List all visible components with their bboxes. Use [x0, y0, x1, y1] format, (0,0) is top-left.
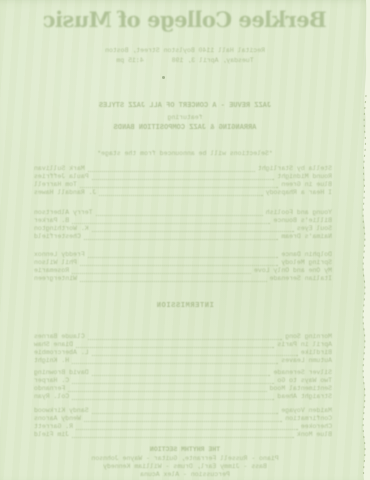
dotted-leader [84, 416, 282, 422]
dotted-leader [88, 166, 255, 172]
program-row: Two Ways to GoC. Harper [34, 377, 332, 385]
program-row: Italian SerenadeWintergreen [34, 275, 332, 283]
date-left: Tuesday, April 3, 198 [158, 56, 268, 66]
dotted-leader [72, 394, 274, 400]
footer-line: Bass - Jimmy Earl, Drums - William Kenne… [0, 463, 370, 471]
performer-name: Claude Barnes [34, 333, 85, 341]
dotted-leader [96, 210, 263, 216]
dotted-leader [88, 334, 282, 340]
program-row: My One and Only LoveRosemarie [34, 267, 332, 275]
program-row: BirdlikeL. Abercrombie [34, 349, 332, 357]
song-title: Dolphin Dance [281, 251, 332, 259]
performer-name: H. Knight [34, 357, 69, 365]
song-title: Two Ways to Go [277, 377, 332, 385]
program-row: Silver SerenadeDavid Browning [34, 369, 332, 377]
performer-name: C. Harper [34, 377, 69, 385]
dotted-leader [88, 252, 279, 258]
footer-credits: THE RHYTHM SECTION Piano - Russell Ferra… [0, 446, 370, 479]
program-row: Morning SongClaude Barnes [34, 333, 332, 341]
program-row: Billie's BounceB. Parker [34, 217, 332, 225]
dotted-leader [72, 432, 294, 438]
performer-name: B. Parker [34, 217, 69, 225]
footer-heading: THE RHYTHM SECTION [0, 446, 370, 454]
performer-name: K. Worthington [34, 225, 89, 233]
dotted-leader [76, 342, 274, 348]
program-row: Spring MelodyPhil Wilson [34, 259, 332, 267]
song-title: Straight Ahead [277, 393, 332, 401]
scanned-program-page: Berklee College of Music Recital Hall 11… [0, 0, 370, 480]
dotted-leader [99, 190, 262, 196]
program-row: Naima's DreamChesterfield [34, 233, 332, 241]
performer-name: Terry Albertson [34, 209, 93, 217]
song-title: Autumn Leaves [281, 357, 332, 365]
program-section: Morning SongClaude BarnesApril in ParisD… [34, 333, 332, 365]
program-row: Sentimental MoodFernando [34, 385, 332, 393]
performer-name: Tom Harrell [34, 181, 77, 189]
program-row: Dolphin DanceFreddy Lennox [34, 251, 332, 259]
performer-name: Diane Shaw [34, 341, 73, 349]
dotted-leader [80, 276, 267, 282]
song-title: Cherokee [301, 423, 332, 431]
program-row: Autumn LeavesH. Knight [34, 357, 332, 365]
program-row: CherokeeR. Garrett [34, 423, 332, 431]
program-section: Young and FoolishTerry AlbertsonBillie's… [34, 209, 332, 241]
dotted-leader [92, 226, 294, 232]
program-note: *Selections will be announced from the s… [0, 150, 370, 157]
program-row: Young and FoolishTerry Albertson [34, 209, 332, 217]
program-row: Blue in GreenTom Harrell [34, 181, 332, 189]
performer-name: R. Garrett [34, 423, 73, 431]
dotted-leader [92, 350, 298, 356]
song-title: Silver Serenade [273, 369, 332, 377]
dotted-leader [76, 424, 298, 430]
dotted-leader [84, 234, 278, 240]
performer-name: Mark Sullivan [34, 165, 85, 173]
performer-name: David Browning [34, 369, 89, 377]
performer-name: L. Abercrombie [34, 349, 89, 357]
dotted-leader [92, 174, 275, 180]
dotted-leader [68, 386, 266, 392]
song-title: April in Paris [277, 341, 332, 349]
song-title: Blue in Green [281, 181, 332, 189]
song-title: Stella by Starlight [258, 165, 332, 173]
song-title: My One and Only Love [254, 267, 332, 275]
song-title: Round Midnight [277, 173, 332, 181]
date-line: Tuesday, April 3, 1984:15 pm [0, 56, 370, 66]
intermission-label: INTERMISSION [0, 302, 370, 310]
performer-name: Sandy Kirkwood [34, 407, 89, 415]
performer-name: Phil Wilson [34, 259, 77, 267]
venue-date-block: Recital Hall 1140 Boylston Street, Bosto… [0, 46, 370, 66]
program-row: Stella by StarlightMark Sullivan [34, 165, 332, 173]
footer-line: Piano - Russell Ferrante, Guitar - Wayne… [0, 455, 370, 463]
performer-name: Chesterfield [34, 233, 81, 241]
performer-name: Fernando [34, 385, 65, 393]
song-title: Billie's Bounce [273, 217, 332, 225]
song-title: Young and Foolish [266, 209, 332, 217]
dotted-leader [72, 378, 274, 384]
footer-line: Percussion - Alex Acuna [0, 471, 370, 479]
dotted-leader [80, 182, 278, 188]
program-section: Dolphin DanceFreddy LennoxSpring MelodyP… [34, 251, 332, 283]
song-title: Naima's Dream [281, 233, 332, 241]
program-row: I Hear a RhapsodyJ. Randall Hawes [34, 189, 332, 197]
torn-edge [356, 0, 370, 480]
program-row: Maiden VoyageSandy Kirkwood [34, 407, 332, 415]
performer-name: Rosemarie [34, 267, 69, 275]
performer-name: Jim Field [34, 431, 69, 439]
program-section: Stella by StarlightMark SullivanRound Mi… [34, 165, 332, 197]
performer-name: Wendy Aarons [34, 415, 81, 423]
song-title: Soul Eyes [297, 225, 332, 233]
concert-title: JAZZ REVUE - A CONCERT OF ALL JAZZ STYLE… [0, 101, 370, 112]
dotted-leader [80, 260, 278, 266]
song-title: I Hear a Rhapsody [266, 189, 332, 197]
berklee-logo-text: Berklee College of Music [0, 7, 370, 32]
bleed-through-layer: Berklee College of Music Recital Hall 11… [0, 0, 370, 480]
song-title: Birdlike [301, 349, 332, 357]
dotted-leader [72, 358, 278, 364]
footer-lines: Piano - Russell Ferrante, Guitar - Wayne… [0, 455, 370, 479]
program-row: Soul EyesK. Worthington [34, 225, 332, 233]
dotted-leader [72, 268, 251, 274]
performer-name: Freddy Lennox [34, 251, 85, 259]
song-title: Morning Song [285, 333, 332, 341]
dotted-leader [92, 408, 279, 414]
performer-name: J. Randall Hawes [34, 189, 96, 197]
venue-line: Recital Hall 1140 Boylston Street, Bosto… [0, 46, 370, 56]
program-row: Round MidnightPaula Jeffries [34, 173, 332, 181]
program-row: Blue MonkJim Field [34, 431, 332, 439]
song-title: Blue Monk [297, 431, 332, 439]
song-title: Sentimental Mood [270, 385, 332, 393]
program-section: Silver SerenadeDavid BrowningTwo Ways to… [34, 369, 332, 401]
song-title: Italian Serenade [270, 275, 332, 283]
performer-name: Wintergreen [34, 275, 77, 283]
program-section: Maiden VoyageSandy KirkwoodConfirmationW… [34, 407, 332, 439]
dotted-leader [92, 370, 271, 376]
performer-name: Col. Ryan [34, 393, 69, 401]
song-title: Maiden Voyage [281, 407, 332, 415]
program-row: Straight AheadCol. Ryan [34, 393, 332, 401]
date-right: 4:15 pm [102, 56, 157, 66]
ink-speck [162, 76, 165, 79]
dotted-leader [72, 218, 270, 224]
song-title: Confirmation [285, 415, 332, 423]
performer-name: Paula Jeffries [34, 173, 89, 181]
concert-subtitle: ARRANGING & JAZZ COMPOSITION BANDS [0, 123, 370, 134]
program-row: April in ParisDiane Shaw [34, 341, 332, 349]
song-title: Spring Melody [281, 259, 332, 267]
program-row: ConfirmationWendy Aarons [34, 415, 332, 423]
concert-title-block: JAZZ REVUE - A CONCERT OF ALL JAZZ STYLE… [0, 101, 370, 134]
featuring-line: featuring [0, 112, 370, 123]
